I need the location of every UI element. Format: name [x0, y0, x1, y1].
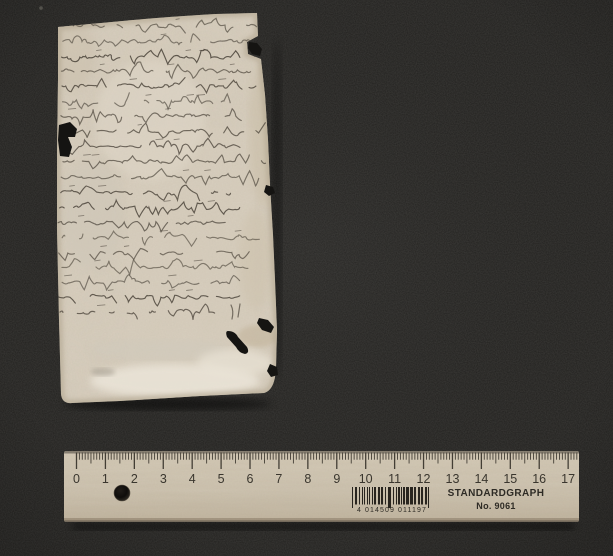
barcode-bar [369, 487, 370, 505]
ruler-number: 17 [561, 472, 575, 486]
ruler-number: 13 [446, 472, 460, 486]
ruler-number: 9 [333, 472, 340, 486]
barcode-bar [428, 487, 429, 508]
ruler-number: 1 [102, 472, 109, 486]
ruler: 01234567891011121314151617 4 014509 0111… [64, 451, 579, 530]
ruler-shadow [72, 523, 574, 530]
ruler-number: 14 [474, 472, 488, 486]
ruler-number: 7 [275, 472, 282, 486]
barcode-bar [381, 487, 383, 505]
ruler-number: 11 [388, 472, 401, 486]
ruler-number: 0 [73, 472, 80, 486]
barcode-bar [364, 487, 365, 505]
ruler-number: 6 [247, 472, 254, 486]
barcode-bar [388, 487, 391, 508]
barcode-bar [393, 487, 394, 505]
barcode-digits: 4 014509 011197 [357, 507, 427, 514]
barcode-bar [401, 487, 402, 505]
barcode-bar [396, 487, 397, 505]
ruler-number: 2 [131, 472, 138, 486]
barcode-bar [414, 487, 416, 505]
ruler-number: 8 [304, 472, 311, 486]
barcode-bar [410, 487, 413, 505]
ruler-hanging-hole [114, 485, 130, 501]
barcode-bar [362, 487, 363, 505]
photo-stage: 01234567891011121314151617 4 014509 0111… [0, 0, 613, 556]
barcode-bar [378, 487, 380, 505]
ruler-wood-texture [64, 451, 579, 522]
ruler-number: 12 [417, 472, 431, 486]
barcode-bar [403, 487, 405, 505]
ruler-model: No. 9061 [476, 501, 515, 511]
barcode-bar [359, 487, 360, 505]
ruler-number: 5 [218, 472, 225, 486]
barcode-bar [418, 487, 420, 505]
barcode-bar [385, 487, 386, 505]
barcode-bar [421, 487, 423, 505]
barcode-bar [367, 487, 368, 505]
ruler-number: 10 [359, 472, 373, 486]
manuscript-fragment [48, 5, 285, 410]
barcode-bar [352, 487, 353, 508]
barcode-bar [355, 487, 357, 505]
barcode-bar [406, 487, 409, 505]
parchment-texture [48, 5, 285, 410]
ruler-number: 3 [160, 472, 167, 486]
barcode-bar [372, 487, 373, 505]
barcode-bar [425, 487, 427, 505]
ruler-brand: STANDARDGRAPH [448, 488, 545, 499]
ruler-number: 4 [189, 472, 196, 486]
ruler-number: 16 [532, 472, 546, 486]
barcode-bar [374, 487, 376, 505]
barcode-bar [398, 487, 400, 505]
dust-speck [39, 6, 43, 10]
photo: 01234567891011121314151617 4 014509 0111… [0, 0, 613, 556]
ruler-number: 15 [503, 472, 517, 486]
